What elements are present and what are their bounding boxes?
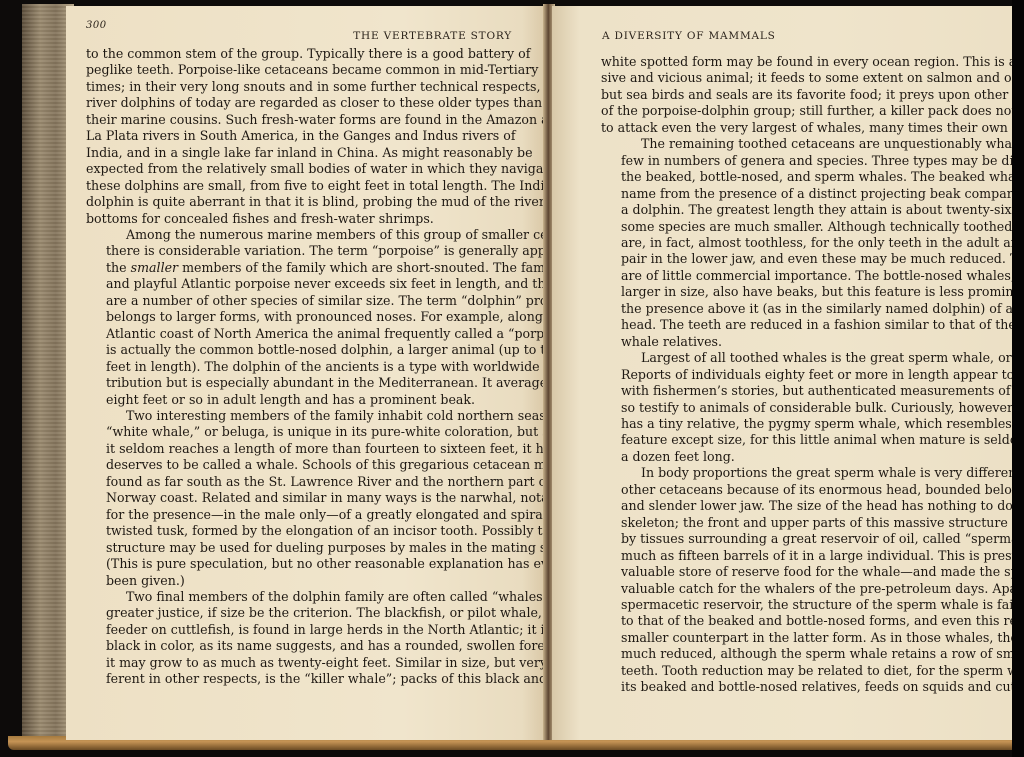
text-line: these dolphins are small, from five to e… [86, 178, 508, 194]
text-line: a dolphin. The greatest length they atta… [601, 202, 1021, 218]
text-line: sive and vicious animal; it feeds to som… [601, 70, 1021, 86]
text-line: spermacetic reservoir, the structure of … [601, 597, 1021, 613]
text-line: ferent in other respects, is the “killer… [86, 671, 508, 687]
text-line: feature except size, for this little ani… [601, 432, 1021, 448]
text-line: are, in fact, almost toothless, for the … [601, 235, 1021, 251]
text-line: larger in size, also have beaks, but thi… [601, 284, 1021, 300]
text-line: their marine cousins. Such fresh-water f… [86, 112, 508, 128]
text-line: The remaining toothed cetaceans are unqu… [601, 136, 1021, 152]
text-line: some species are much smaller. Although … [601, 219, 1021, 235]
text-line: eight feet or so in adult length and has… [86, 392, 508, 408]
text-line: other cetaceans because of its enormous … [601, 482, 1021, 498]
text-line: been given.) [86, 573, 508, 589]
text-line: whale relatives. [601, 334, 1021, 350]
text-line: by tissues surrounding a great reservoir… [601, 531, 1021, 547]
paragraph: The remaining toothed cetaceans are unqu… [601, 136, 1021, 350]
text-line: expected from the relatively small bodie… [86, 161, 508, 177]
text-line: bottoms for concealed fishes and fresh-w… [86, 211, 508, 227]
text-line: teeth. Tooth reduction may be related to… [601, 663, 1021, 679]
paragraph: In body proportions the great sperm whal… [601, 465, 1021, 695]
text-line: but sea birds and seals are its favorite… [601, 87, 1021, 103]
text-line: greater justice, if size be the criterio… [86, 605, 508, 621]
text-line: there is considerable variation. The ter… [86, 243, 508, 259]
text-line: white spotted form may be found in every… [601, 54, 1021, 70]
text-line: times; in their very long snouts and in … [86, 79, 508, 95]
open-book: 300 THE VERTEBRATE STORY to the common s… [0, 0, 1024, 757]
text-line: Atlantic coast of North America the anim… [86, 326, 508, 342]
text-line: to the common stem of the group. Typical… [86, 46, 508, 62]
text-line: twisted tusk, formed by the elongation o… [86, 523, 508, 539]
paragraph: white spotted form may be found in every… [601, 54, 1021, 136]
right-page: A DIVERSITY OF MAMMALS white spotted for… [552, 6, 1012, 740]
text-line: “white whale,” or beluga, is unique in i… [86, 424, 508, 440]
text-line: to attack even the very largest of whale… [601, 120, 1021, 136]
text-line: a dozen feet long. [601, 449, 1021, 465]
text-line: and playful Atlantic porpoise never exce… [86, 276, 508, 292]
text-line: head. The teeth are reduced in a fashion… [601, 317, 1021, 333]
text-line: feet in length). The dolphin of the anci… [86, 359, 508, 375]
text-line: belongs to larger forms, with pronounced… [86, 309, 508, 325]
text-line: of the porpoise-dolphin group; still fur… [601, 103, 1021, 119]
paragraph: Two interesting members of the family in… [86, 408, 508, 589]
text-line: few in numbers of genera and species. Th… [601, 153, 1021, 169]
text-line: valuable store of reserve food for the w… [601, 564, 1021, 580]
text-line: India, and in a single lake far inland i… [86, 145, 508, 161]
text-line: found as far south as the St. Lawrence R… [86, 474, 508, 490]
text-line: Two final members of the dolphin family … [86, 589, 508, 605]
text-line: name from the presence of a distinct pro… [601, 186, 1021, 202]
left-page-body-text: to the common stem of the group. Typical… [86, 46, 508, 688]
text-line: In body proportions the great sperm whal… [601, 465, 1021, 481]
text-line: much reduced, although the sperm whale r… [601, 646, 1021, 662]
text-line: Among the numerous marine members of thi… [86, 227, 508, 243]
text-line: it seldom reaches a length of more than … [86, 441, 508, 457]
text-line: smaller counterpart in the latter form. … [601, 630, 1021, 646]
text-line: Norway coast. Related and similar in man… [86, 490, 508, 506]
text-line: Reports of individuals eighty feet or mo… [601, 367, 1021, 383]
emphasis: smaller [131, 260, 178, 275]
running-head-left: THE VERTEBRATE STORY [353, 30, 512, 42]
text-line: it may grow to as much as twenty-eight f… [86, 655, 508, 671]
text-line: the smaller members of the family which … [86, 260, 508, 276]
page-number: 300 [86, 20, 107, 31]
paragraph: Two final members of the dolphin family … [86, 589, 508, 688]
background-shadow [1012, 0, 1024, 757]
text-line: to that of the beaked and bottle-nosed f… [601, 613, 1021, 629]
text-line: Largest of all toothed whales is the gre… [601, 350, 1021, 366]
text-line: dolphin is quite aberrant in that it is … [86, 194, 508, 210]
paragraph: Largest of all toothed whales is the gre… [601, 350, 1021, 465]
text-line: valuable catch for the whalers of the pr… [601, 581, 1021, 597]
text-line: the beaked, bottle-nosed, and sperm whal… [601, 169, 1021, 185]
text-line: with fishermen’s stories, but authentica… [601, 383, 1021, 399]
text-line: for the presence—in the male only—of a g… [86, 507, 508, 523]
text-line: has a tiny relative, the pygmy sperm wha… [601, 416, 1021, 432]
text-line: is actually the common bottle-nosed dolp… [86, 342, 508, 358]
text-line: much as fifteen barrels of it in a large… [601, 548, 1021, 564]
text-line: skeleton; the front and upper parts of t… [601, 515, 1021, 531]
text-line: the presence above it (as in the similar… [601, 301, 1021, 317]
text-line: pair in the lower jaw, and even these ma… [601, 251, 1021, 267]
text-line: its beaked and bottle-nosed relatives, f… [601, 679, 1021, 695]
running-head-right: A DIVERSITY OF MAMMALS [602, 30, 776, 42]
text-line: river dolphins of today are regarded as … [86, 95, 508, 111]
text-line: are a number of other species of similar… [86, 293, 508, 309]
paragraph: to the common stem of the group. Typical… [86, 46, 508, 227]
left-page: 300 THE VERTEBRATE STORY to the common s… [66, 6, 546, 740]
text-line: structure may be used for dueling purpos… [86, 540, 508, 556]
right-page-body-text: white spotted form may be found in every… [601, 54, 1021, 696]
text-line: La Plata rivers in South America, in the… [86, 128, 508, 144]
text-line: Two interesting members of the family in… [86, 408, 508, 424]
text-line: are of little commercial importance. The… [601, 268, 1021, 284]
text-line: and slender lower jaw. The size of the h… [601, 498, 1021, 514]
text-line: feeder on cuttlefish, is found in large … [86, 622, 508, 638]
text-line: peglike teeth. Porpoise-like cetaceans b… [86, 62, 508, 78]
text-line: tribution but is especially abundant in … [86, 375, 508, 391]
text-line: deserves to be called a whale. Schools o… [86, 457, 508, 473]
paragraph: Among the numerous marine members of thi… [86, 227, 508, 408]
text-line: black in color, as its name suggests, an… [86, 638, 508, 654]
text-line: (This is pure speculation, but no other … [86, 556, 508, 572]
text-line: so testify to animals of considerable bu… [601, 400, 1021, 416]
